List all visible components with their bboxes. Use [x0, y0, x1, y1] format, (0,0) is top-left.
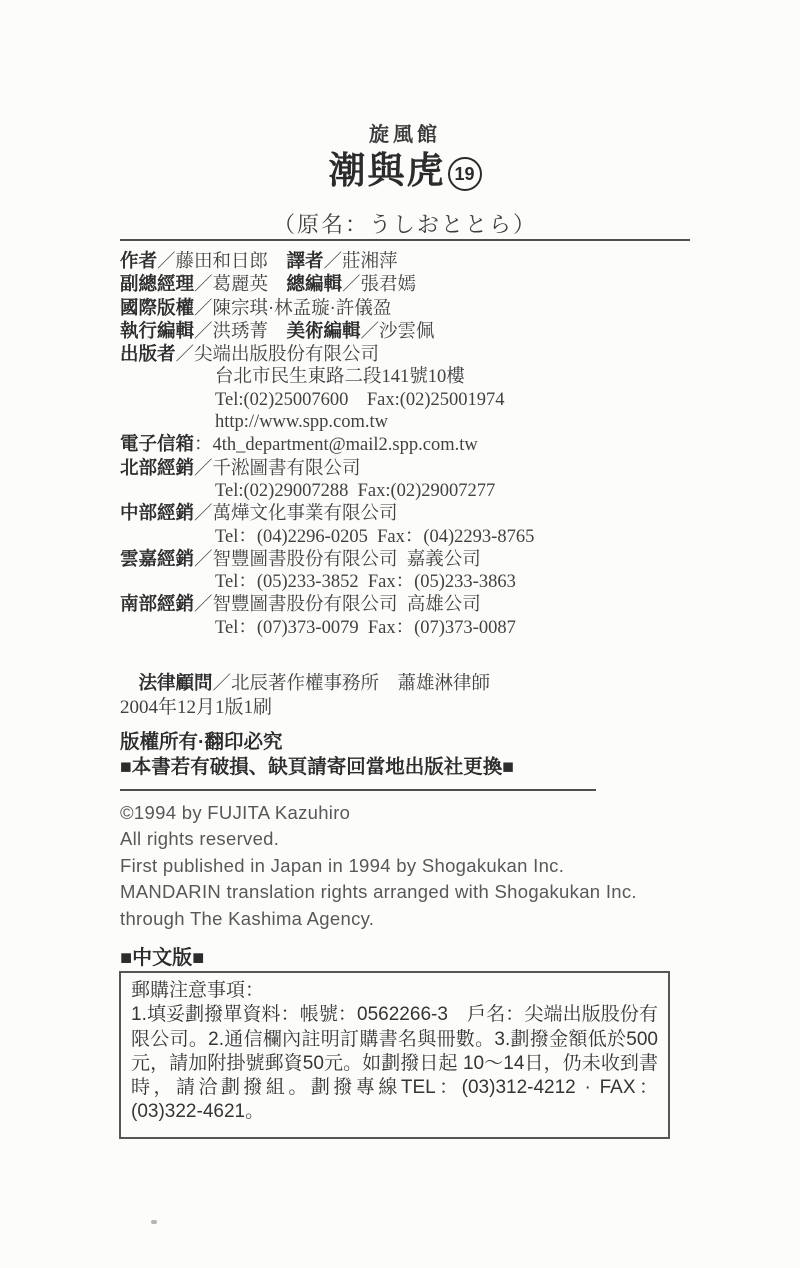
- credit-label: 譯者: [287, 250, 324, 271]
- credit-label: 國際版權: [120, 297, 194, 318]
- credit-line: Tel:(02)29007288 Fax:(02)29007277: [120, 480, 720, 502]
- credit-value: Tel：(05)233-3852 Fax：(05)233-3863: [215, 572, 516, 592]
- credit-value: Tel：(04)2296-0205 Fax：(04)2293-8765: [215, 527, 534, 547]
- credit-value: ／智豐圖書股份有限公司 高雄公司: [194, 595, 481, 615]
- english-copyright-line: First published in Japan in 1994 by Shog…: [120, 853, 740, 879]
- credit-value: ／智豐圖書股份有限公司 嘉義公司: [194, 550, 481, 570]
- legal-advisor-label: 法律顧問: [139, 672, 213, 693]
- credit-label: 副總經理: [120, 273, 194, 294]
- credit-value: ／萬燁文化事業有限公司: [194, 504, 398, 524]
- credit-label: 總編輯: [287, 273, 343, 294]
- credit-value: ／洪琇菁: [194, 322, 287, 342]
- credit-line: 南部經銷／智豐圖書股份有限公司 高雄公司: [120, 593, 720, 616]
- english-copyright-line: MANDARIN translation rights arranged wit…: [120, 879, 740, 905]
- credit-value: http://www.spp.com.tw: [215, 412, 388, 432]
- english-copyright-line: ©1994 by FUJITA Kazuhiro: [120, 800, 740, 826]
- credit-value: ／葛麗英: [194, 275, 287, 295]
- copyright-notice-line1: 版權所有·翻印必究: [120, 730, 740, 755]
- credit-value: ：4th_department@mail2.spp.com.tw: [194, 435, 478, 455]
- credit-line: 國際版權／陳宗琪·林孟璇·許儀盈: [120, 297, 720, 320]
- english-copyright-line: All rights reserved.: [120, 826, 740, 852]
- scan-speck: [151, 1220, 157, 1224]
- credit-value: Tel：(07)373-0079 Fax：(07)373-0087: [215, 618, 516, 638]
- credit-value: Tel:(02)25007600 Fax:(02)25001974: [215, 390, 505, 410]
- credit-line: 電子信箱：4th_department@mail2.spp.com.tw: [120, 433, 720, 456]
- credit-label: 美術編輯: [287, 320, 361, 341]
- credit-value: ／張君嫣: [342, 275, 416, 295]
- book-header: 旋風館 潮與虎19 （原名：うしおととら）: [115, 118, 695, 239]
- credit-label: 電子信箱: [120, 433, 194, 454]
- edition-line: 2004年12月1版1刷: [120, 692, 720, 719]
- credit-label: 執行編輯: [120, 320, 194, 341]
- credit-value: Tel:(02)29007288 Fax:(02)29007277: [215, 481, 495, 501]
- credit-value: ／藤田和日郎: [157, 252, 287, 272]
- credit-value: 台北市民生東路二段141號10樓: [215, 367, 465, 387]
- credit-line: Tel：(04)2296-0205 Fax：(04)2293-8765: [120, 526, 720, 548]
- book-title: 潮與虎: [329, 150, 446, 191]
- credit-line: http://www.spp.com.tw: [120, 411, 720, 433]
- original-title: （原名：うしおととら）: [115, 208, 695, 239]
- mail-order-body: 1.填妥劃撥單資料：帳號：0562266-3 戶名：尖端出版股份有限公司。2.通…: [131, 1003, 658, 1124]
- english-copyright-line: through The Kashima Agency.: [120, 906, 740, 932]
- credit-line: 台北市民生東路二段141號10樓: [120, 366, 720, 388]
- credit-line: Tel：(07)373-0079 Fax：(07)373-0087: [120, 617, 720, 639]
- credit-line: 出版者／尖端出版股份有限公司: [120, 343, 720, 366]
- credit-label: 雲嘉經銷: [120, 548, 194, 569]
- credit-line: Tel：(05)233-3852 Fax：(05)233-3863: [120, 571, 720, 593]
- credit-line: 副總經理／葛麗英 總編輯／張君嫣: [120, 273, 720, 296]
- credit-label: 中部經銷: [120, 502, 194, 523]
- mail-order-box: 郵購注意事項： 1.填妥劃撥單資料：帳號：0562266-3 戶名：尖端出版股份…: [119, 971, 670, 1139]
- credit-line: 雲嘉經銷／智豐圖書股份有限公司 嘉義公司: [120, 548, 720, 571]
- credit-line: 中部經銷／萬燁文化事業有限公司: [120, 502, 720, 525]
- credit-line: 作者／藤田和日郎 譯者／莊湘萍: [120, 250, 720, 273]
- volume-badge: 19: [448, 157, 482, 191]
- chinese-edition-heading: ■中文版■: [120, 941, 204, 970]
- credit-label: 作者: [120, 250, 157, 271]
- legal-advisor-value: ／北辰著作權事務所 蕭雄淋律師: [213, 674, 491, 694]
- colophon-page: 旋風館 潮與虎19 （原名：うしおととら） 作者／藤田和日郎 譯者／莊湘萍副總經…: [0, 0, 800, 1268]
- mail-order-title: 郵購注意事項：: [131, 979, 658, 1003]
- copyright-notice-line2: ■本書若有破損、缺頁請寄回當地出版社更換■: [120, 755, 740, 780]
- credit-label: 北部經銷: [120, 457, 194, 478]
- credit-value: ／莊湘萍: [324, 252, 398, 272]
- copyright-notice: 版權所有·翻印必究 ■本書若有破損、缺頁請寄回當地出版社更換■: [120, 730, 740, 779]
- credit-label: 出版者: [120, 343, 176, 364]
- credit-value: ／陳宗琪·林孟璇·許儀盈: [194, 299, 391, 319]
- english-copyright-block: ©1994 by FUJITA Kazuhiro All rights rese…: [120, 800, 740, 932]
- credit-line: Tel:(02)25007600 Fax:(02)25001974: [120, 389, 720, 411]
- middle-divider: [120, 789, 596, 791]
- top-divider: [120, 239, 690, 241]
- credit-label: 南部經銷: [120, 593, 194, 614]
- credit-line: 北部經銷／千淞圖書有限公司: [120, 457, 720, 480]
- imprint-label: 旋風館: [115, 118, 695, 147]
- credit-line: 執行編輯／洪琇菁 美術編輯／沙雲佩: [120, 320, 720, 343]
- credit-value: ／沙雲佩: [361, 322, 435, 342]
- credit-value: ／尖端出版股份有限公司: [176, 345, 380, 365]
- credit-value: ／千淞圖書有限公司: [194, 459, 361, 479]
- credits-block: 作者／藤田和日郎 譯者／莊湘萍副總經理／葛麗英 總編輯／張君嫣國際版權／陳宗琪·…: [120, 250, 720, 639]
- title-row: 潮與虎19: [115, 151, 695, 199]
